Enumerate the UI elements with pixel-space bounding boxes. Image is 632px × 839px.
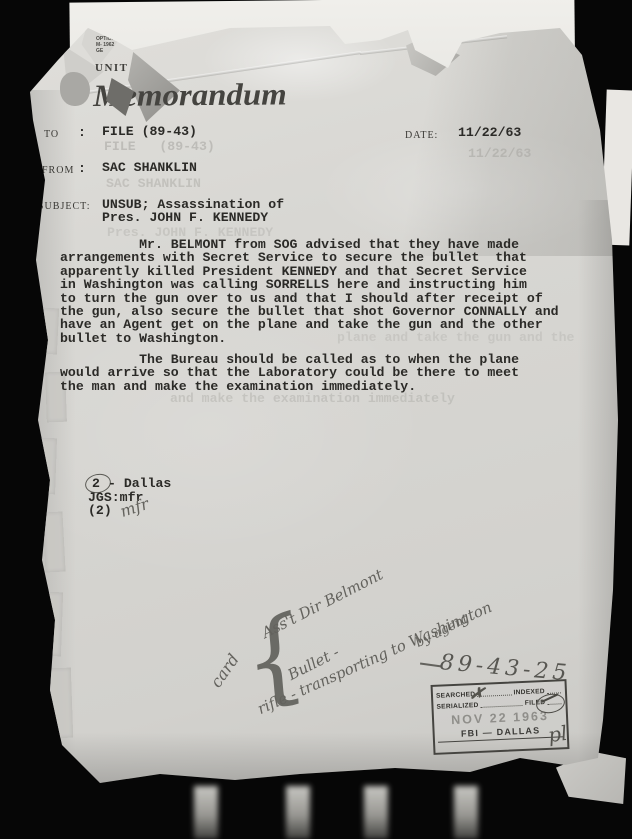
from-colon: : <box>78 162 86 175</box>
stamp-indexed-label: INDEXED <box>513 688 545 696</box>
scan-streak <box>364 786 388 839</box>
to-label: TO <box>44 129 59 140</box>
from-label: FROM <box>42 165 74 176</box>
tape-strip <box>39 308 59 355</box>
scanned-memo-page: OPTION M- 1962 GE UNIT Memorandum TO : F… <box>0 0 632 839</box>
cc-number: 2 <box>92 477 100 490</box>
tape-strip <box>37 438 57 495</box>
date-value-ghost: 11/22/63 <box>468 146 531 161</box>
from-value: SAC SHANKLIN <box>102 161 197 174</box>
date-value: 11/22/63 <box>458 126 521 139</box>
cc-destination: - Dallas <box>108 477 171 490</box>
tape-strip <box>39 592 63 657</box>
stamp-office: FBI — DALLAS <box>437 724 563 742</box>
subject-line2: Pres. JOHN F. KENNEDY <box>102 211 268 224</box>
stamp-leader <box>480 699 522 708</box>
scan-streak <box>286 786 310 839</box>
body-ghost-2: and make the examination immediately <box>170 391 455 406</box>
tape-strip <box>47 668 73 739</box>
scan-streak <box>454 786 478 839</box>
subject-label: SUBJECT: <box>38 201 91 212</box>
to-colon: : <box>78 126 86 139</box>
clerk-initials: pl <box>546 721 568 747</box>
body-paragraph-2: The Bureau should be called as to when t… <box>60 353 519 393</box>
agency-line: UNIT <box>95 62 129 74</box>
to-value: FILE (89-43) <box>102 125 197 138</box>
date-label: DATE: <box>405 130 438 141</box>
scan-streak <box>194 786 218 839</box>
form-line: GE <box>96 48 115 54</box>
body-ghost-1: plane and take the gun and the <box>337 330 574 345</box>
torn-corner-shadow <box>60 72 90 106</box>
copies-count: (2) <box>88 504 112 517</box>
serialized-check-mark: ✗ <box>469 683 486 705</box>
handwritten-bracket-word: card <box>206 650 242 691</box>
tape-strip <box>42 512 65 573</box>
to-value-ghost: FILE (89-43) <box>104 139 215 154</box>
shadow-right-edge <box>578 200 620 775</box>
memo-paper: OPTION M- 1962 GE UNIT Memorandum TO : F… <box>0 0 632 839</box>
from-value-ghost: SAC SHANKLIN <box>106 176 201 191</box>
